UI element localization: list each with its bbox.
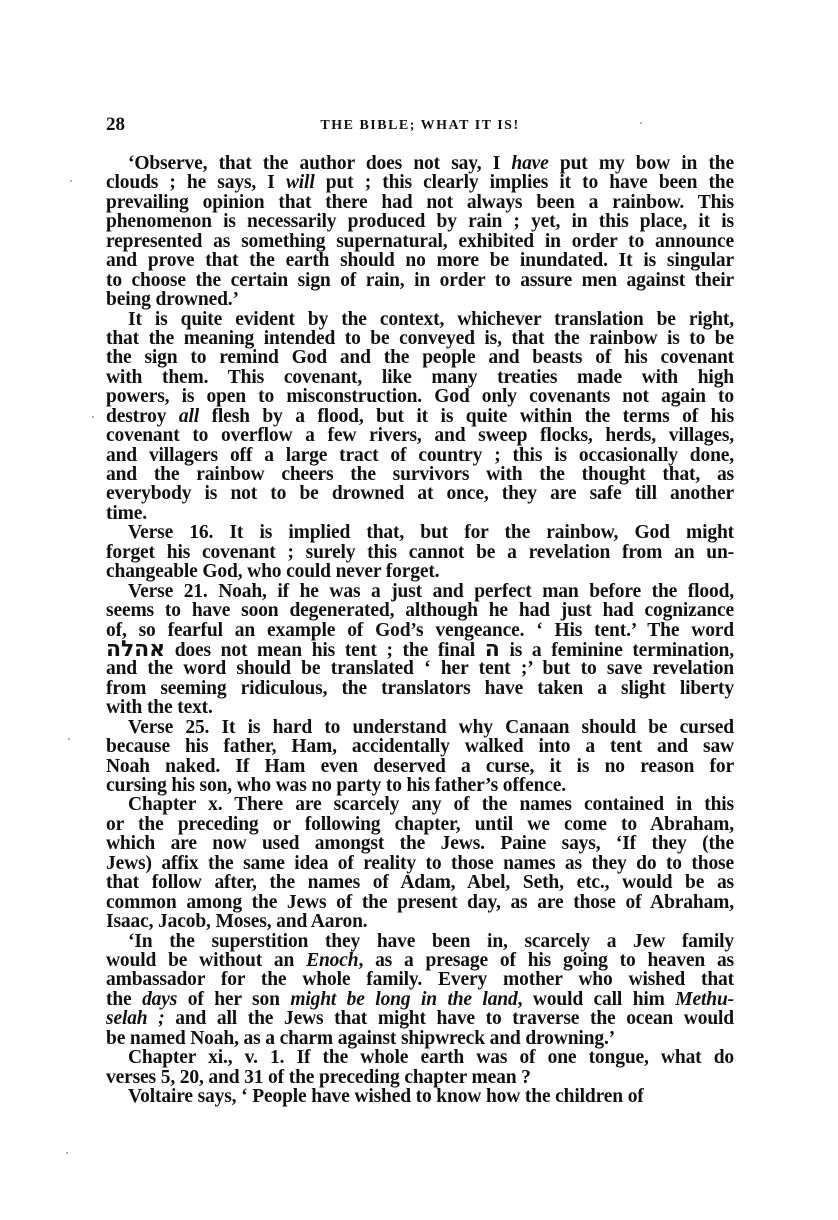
text-line: being drowned.’ — [106, 290, 734, 309]
text-line: Chapter x. There are scarcely any of the… — [106, 795, 734, 814]
text-line: Verse 16. It is implied that, but for th… — [106, 523, 734, 542]
text-line: Verse 25. It is hard to understand why C… — [106, 718, 734, 737]
text-line: Chapter xi., v. 1. If the whole earth wa… — [106, 1048, 734, 1067]
text-line: common among the Jews of the present day… — [106, 893, 734, 912]
scan-speck — [92, 416, 94, 418]
paragraph: Verse 21. Noah, if he was a just and per… — [106, 582, 734, 718]
text-line: ‘In the superstition they have been in, … — [106, 932, 734, 951]
text-line: Noah naked. If Ham even deserved a curse… — [106, 757, 734, 776]
italic-emphasis: Enoch — [306, 950, 358, 971]
paragraph: Verse 16. It is implied that, but for th… — [106, 523, 734, 581]
text-line: or the preceding or following chapter, u… — [106, 815, 734, 834]
running-head: 28 THE BIBLE; WHAT IT IS! — [106, 114, 734, 138]
text-line: and villagers off a large tract of count… — [106, 446, 734, 465]
paragraph: ‘In the superstition they have been in, … — [106, 932, 734, 1049]
text-line: selah ; and all the Jews that might have… — [106, 1009, 734, 1028]
text-line: Jews) affix the same idea of reality to … — [106, 854, 734, 873]
text-line: seems to have soon degenerated, although… — [106, 601, 734, 620]
text-line: prevailing opinion that there had not al… — [106, 193, 734, 212]
text-line: destroy all flesh by a flood, but it is … — [106, 407, 734, 426]
italic-emphasis: Methu- — [675, 989, 734, 1010]
text-line: everybody is not to be drowned at once, … — [106, 484, 734, 503]
text-line: Verse 21. Noah, if he was a just and per… — [106, 582, 734, 601]
text-line: the days of her son might be long in the… — [106, 990, 734, 1009]
text-line: אהלה does not mean his tent ; the final … — [106, 640, 734, 659]
text-line: that follow after, the names of Adam, Ab… — [106, 873, 734, 892]
paragraph: It is quite evident by the context, whic… — [106, 310, 734, 524]
scan-speck — [640, 122, 642, 124]
text-line: that the meaning intended to be conveyed… — [106, 329, 734, 348]
text-line: time. — [106, 504, 734, 523]
text-line: phenomenon is necessarily produced by ra… — [106, 212, 734, 231]
text-line: from seeming ridiculous, the translators… — [106, 679, 734, 698]
paragraph: ‘Observe, that the author does not say, … — [106, 154, 734, 310]
text-line: powers, is open to misconstruction. God … — [106, 387, 734, 406]
text-line: and the word should be translated ‘ her … — [106, 659, 734, 678]
text-line: clouds ; he says, I will put ; this clea… — [106, 173, 734, 192]
body-text: ‘Observe, that the author does not say, … — [106, 154, 734, 1106]
text-line: ‘Observe, that the author does not say, … — [106, 154, 734, 173]
text-line: changeable God, who could never forget. — [106, 562, 734, 581]
text-line: to choose the certain sign of rain, in o… — [106, 271, 734, 290]
italic-emphasis: all — [179, 406, 199, 427]
text-line: verses 5, 20, and 31 of the preceding ch… — [106, 1068, 734, 1087]
scan-speck — [68, 738, 70, 740]
text-line: ambassador for the whole family. Every m… — [106, 970, 734, 989]
text-line: and the rainbow cheers the survivors wit… — [106, 465, 734, 484]
paragraph: Verse 25. It is hard to understand why C… — [106, 718, 734, 796]
italic-emphasis: have — [511, 153, 548, 174]
text-line: of, so fearful an example of God’s venge… — [106, 621, 734, 640]
paragraph: Chapter x. There are scarcely any of the… — [106, 795, 734, 931]
text-line: and prove that the earth should no more … — [106, 251, 734, 270]
text-line: the sign to remind God and the people an… — [106, 348, 734, 367]
italic-emphasis: will — [286, 172, 315, 193]
italic-emphasis: might be long in the land — [290, 989, 517, 1010]
text-line: cursing his son, who was no party to his… — [106, 776, 734, 795]
text-line: It is quite evident by the context, whic… — [106, 310, 734, 329]
paragraph: Voltaire says, ‘ People have wished to k… — [106, 1087, 734, 1106]
scan-speck — [66, 1152, 68, 1154]
scan-speck — [70, 180, 72, 182]
italic-emphasis: days — [142, 989, 177, 1010]
text-line: with them. This covenant, like many trea… — [106, 368, 734, 387]
text-line: Voltaire says, ‘ People have wished to k… — [106, 1087, 734, 1106]
text-line: represented as something supernatural, e… — [106, 232, 734, 251]
text-line: covenant to overflow a few rivers, and s… — [106, 426, 734, 445]
book-page: 28 THE BIBLE; WHAT IT IS! ‘Observe, that… — [0, 0, 838, 1220]
paragraph: Chapter xi., v. 1. If the whole earth wa… — [106, 1048, 734, 1087]
text-line: which are now used amongst the Jews. Pai… — [106, 834, 734, 853]
text-line: be named Noah, as a charm against shipwr… — [106, 1029, 734, 1048]
text-line: Isaac, Jacob, Moses, and Aaron. — [106, 912, 734, 931]
text-line: because his father, Ham, accidentally wa… — [106, 737, 734, 756]
text-line: forget his covenant ; surely this cannot… — [106, 543, 734, 562]
text-line: would be without an Enoch, as a presage … — [106, 951, 734, 970]
text-line: with the text. — [106, 698, 734, 717]
italic-emphasis: selah ; — [106, 1008, 165, 1029]
running-title: THE BIBLE; WHAT IT IS! — [106, 118, 734, 134]
